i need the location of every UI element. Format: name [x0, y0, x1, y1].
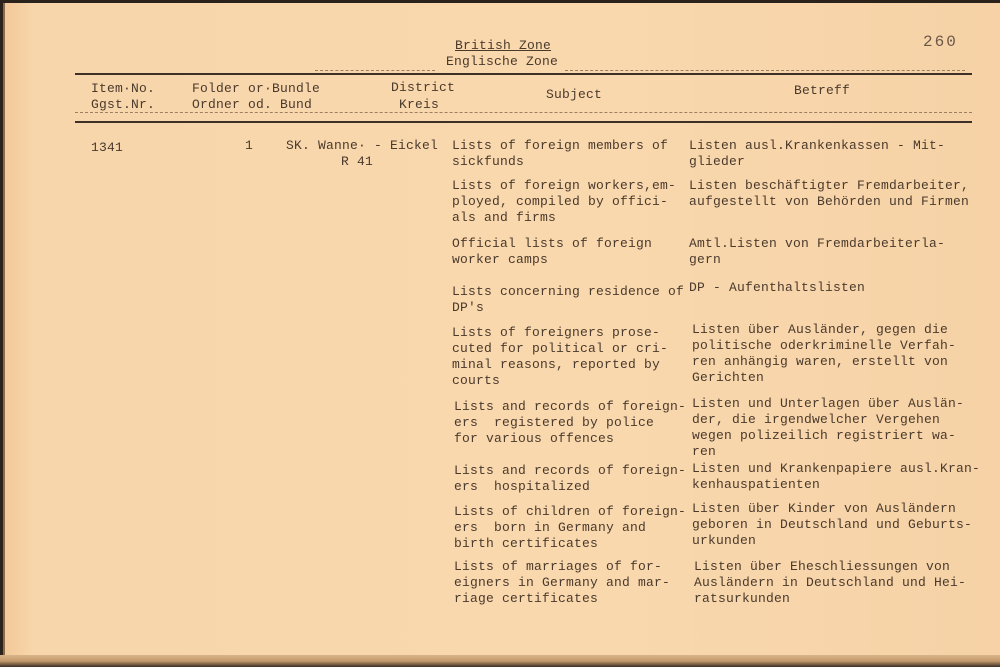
document-page: British Zone Englische Zone 260 Item·No.… [3, 3, 1000, 661]
betreff-line: Ausländern in Deutschland und Hei- [694, 575, 966, 591]
subject-line: Lists of children of foreign- [454, 504, 686, 520]
betreff-line: politische oderkriminelle Verfah- [692, 338, 956, 354]
page-edge [0, 655, 1000, 667]
subject-line: Lists and records of foreign- [454, 399, 686, 415]
subject-line: ers registered by police [454, 415, 654, 431]
subject-line: cuted for political or cri- [452, 341, 668, 357]
subject-line: eigners in Germany and mar- [454, 575, 670, 591]
betreff-line: Listen und Unterlagen über Auslän- [692, 396, 964, 412]
subject-line: for various offences [454, 431, 614, 447]
divider [315, 70, 435, 71]
zone-title-en: British Zone [455, 38, 551, 54]
betreff-line: urkunden [692, 533, 756, 549]
col-subject: Subject [546, 87, 602, 103]
betreff-line: DP - Aufenthaltslisten [689, 280, 865, 296]
col-item-no-de: Ggst.Nr. [91, 97, 155, 113]
subject-line: Lists and records of foreign- [454, 463, 686, 479]
subject-line: Lists concerning residence of [452, 284, 684, 300]
col-district-en: District [391, 80, 455, 96]
subject-line: sickfunds [452, 154, 524, 170]
subject-line: Lists of foreign workers,em- [452, 178, 676, 194]
betreff-line: Listen über Eheschliessungen von [694, 559, 950, 575]
header-bottom-rule [75, 121, 972, 123]
district-code: R 41 [341, 154, 373, 170]
betreff-line: Amtl.Listen von Fremdarbeiterla- [689, 236, 945, 252]
betreff-line: wegen polizeilich registriert wa- [692, 428, 956, 444]
page-number: 260 [923, 34, 958, 50]
betreff-line: geboren in Deutschland und Geburts- [692, 517, 972, 533]
header-top-rule [75, 73, 972, 75]
betreff-line: ratsurkunden [694, 591, 790, 607]
subject-line: ers hospitalized [454, 479, 590, 495]
subject-line: ployed, compiled by offici- [452, 194, 668, 210]
subject-line: als and firms [452, 210, 556, 226]
betreff-line: aufgestellt von Behörden und Firmen [689, 194, 969, 210]
divider [565, 70, 965, 71]
betreff-line: kenhauspatienten [692, 477, 820, 493]
betreff-line: Gerichten [692, 370, 764, 386]
col-betreff: Betreff [794, 83, 850, 99]
subject-line: minal reasons, reported by [452, 357, 660, 373]
subject-line: Lists of foreigners prose- [452, 325, 660, 341]
betreff-line: Listen über Kinder von Ausländern [692, 501, 956, 517]
folder-number: 1 [245, 138, 253, 154]
subject-line: Lists of foreign members of [452, 138, 668, 154]
betreff-line: der, die irgendwelcher Vergehen [692, 412, 940, 428]
betreff-line: Listen und Krankenpapiere ausl.Kran- [692, 461, 980, 477]
subject-line: courts [452, 373, 500, 389]
betreff-line: glieder [689, 154, 745, 170]
betreff-line: Listen beschäftigter Fremdarbeiter, [689, 178, 969, 194]
zone-title-de: Englische Zone [446, 54, 558, 70]
item-number: 1341 [91, 140, 123, 156]
subject-line: DP's [452, 300, 484, 316]
subject-line: ers born in Germany and [454, 520, 646, 536]
subject-line: birth certificates [454, 536, 598, 552]
district-name: SK. Wanne· - Eickel [286, 138, 438, 154]
col-folder-de: Ordner od. Bund [192, 97, 312, 113]
divider [75, 112, 972, 113]
betreff-line: ren anhängig waren, erstellt von [692, 354, 948, 370]
betreff-line: ren [692, 444, 716, 460]
subject-line: Official lists of foreign [452, 236, 652, 252]
subject-line: Lists of marriages of for- [454, 559, 662, 575]
subject-line: worker camps [452, 252, 548, 268]
col-item-no-en: Item·No. [91, 81, 155, 97]
col-folder-en: Folder or·Bundle [192, 81, 320, 97]
betreff-line: gern [689, 252, 721, 268]
betreff-line: Listen über Ausländer, gegen die [692, 322, 948, 338]
betreff-line: Listen ausl.Krankenkassen - Mit- [689, 138, 945, 154]
subject-line: riage certificates [454, 591, 598, 607]
col-district-de: Kreis [399, 97, 439, 113]
